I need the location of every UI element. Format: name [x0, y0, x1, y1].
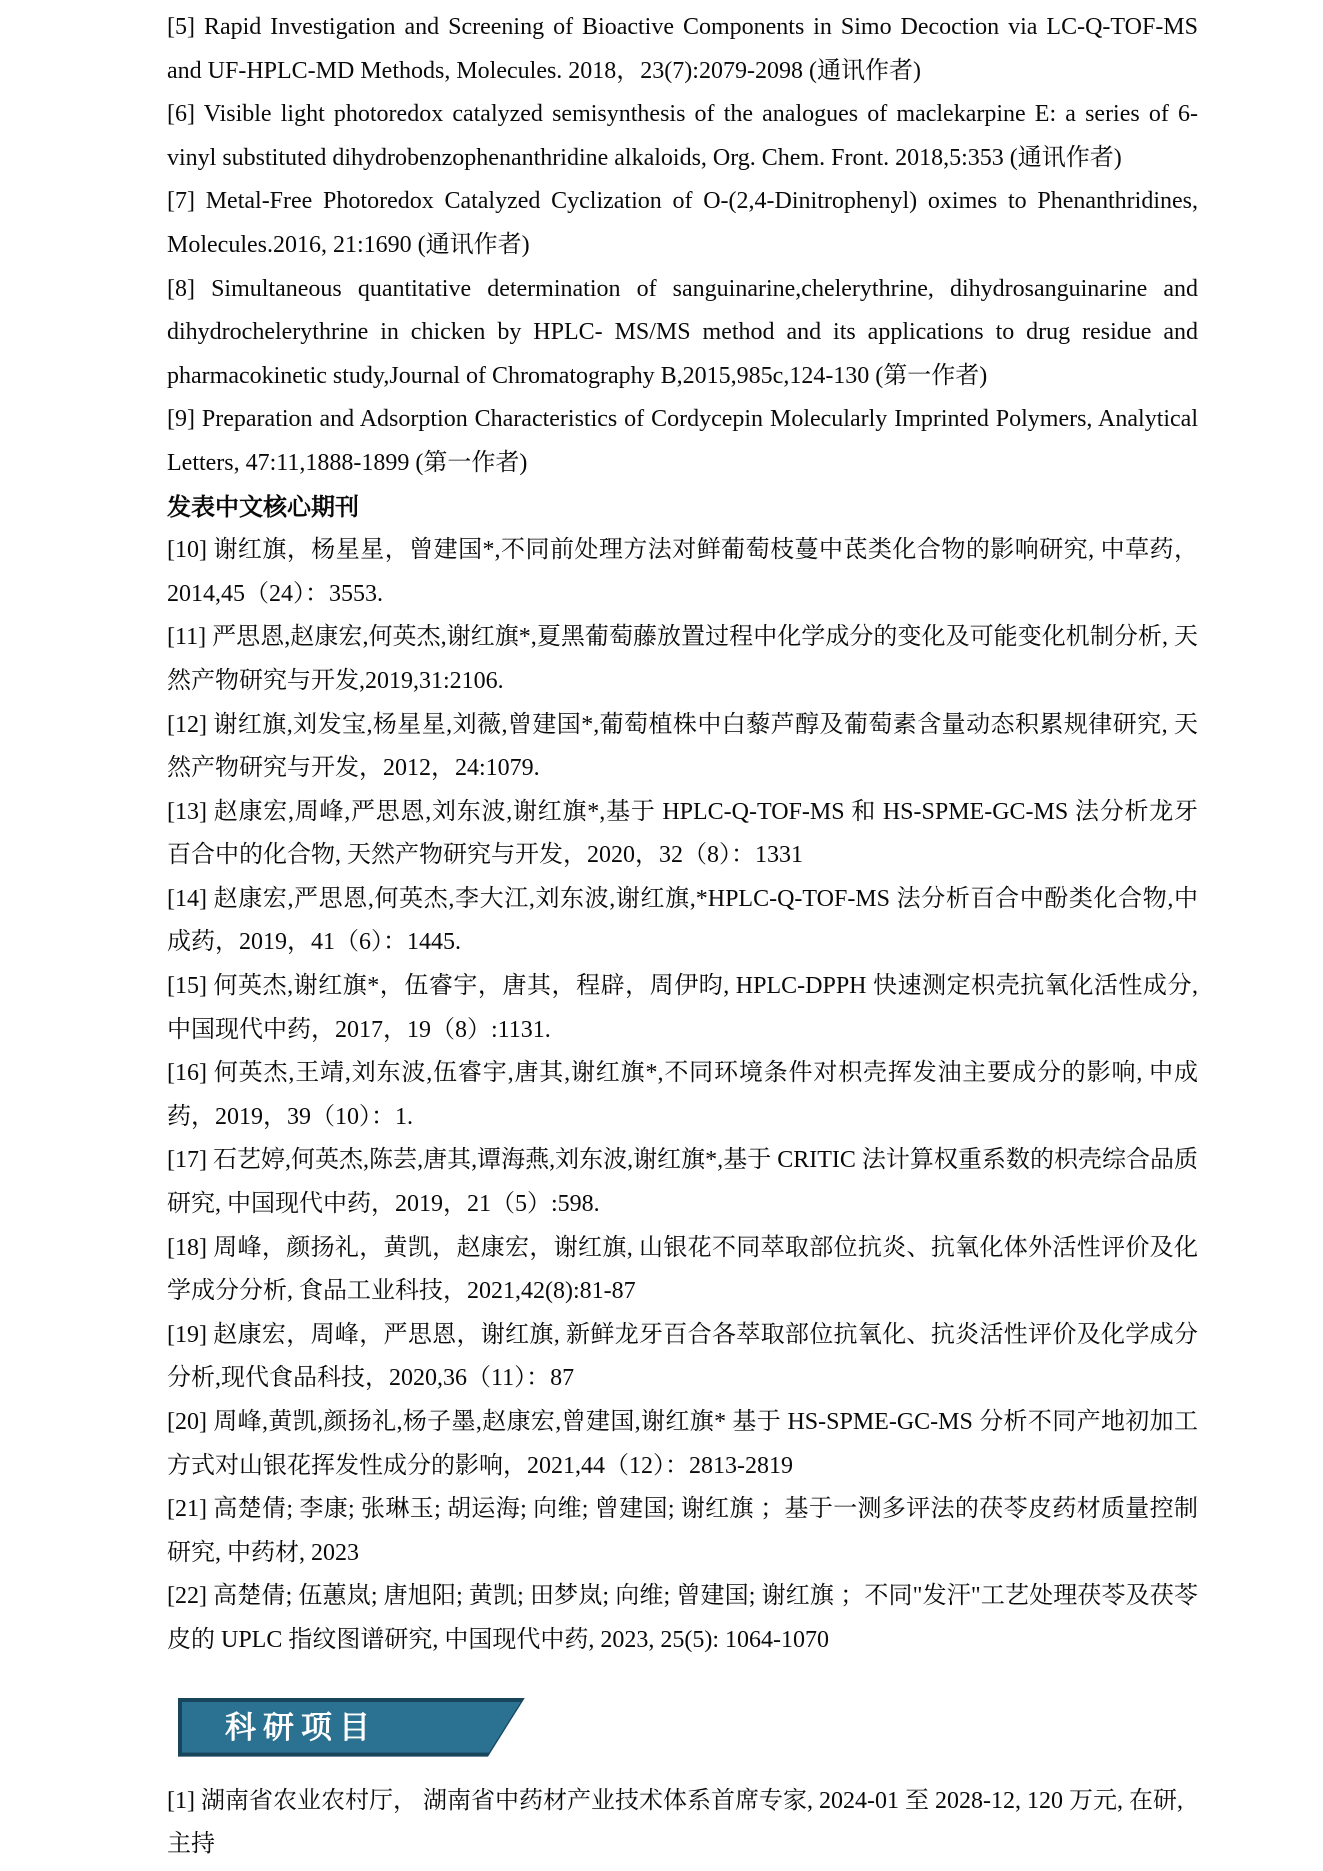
section-heading-core-journals: 发表中文核心期刊 [167, 486, 1198, 530]
document-page: [5] Rapid Investigation and Screening of… [0, 0, 1323, 1871]
reference-20: [20] 周峰,黄凯,颜扬礼,杨子墨,赵康宏,曾建国,谢红旗* 基于 HS-SP… [167, 1401, 1198, 1488]
reference-12: [12] 谢红旗,刘发宝,杨星星,刘薇,曾建国*,葡萄植株中白藜芦醇及葡萄素含量… [167, 704, 1198, 791]
reference-5: [5] Rapid Investigation and Screening of… [167, 6, 1198, 93]
reference-6: [6] Visible light photoredox catalyzed s… [167, 93, 1198, 180]
reference-17: [17] 石艺婷,何英杰,陈芸,唐其,谭海燕,刘东波,谢红旗*,基于 CRITI… [167, 1139, 1198, 1226]
reference-7: [7] Metal-Free Photoredox Catalyzed Cycl… [167, 180, 1198, 267]
reference-8: [8] Simultaneous quantitative determinat… [167, 268, 1198, 399]
project-item-1: [1] 湖南省农业农村厅， 湖南省中药材产业技术体系首席专家, 2024-01 … [167, 1780, 1198, 1867]
reference-14: [14] 赵康宏,严思恩,何英杰,李大江,刘东波,谢红旗,*HPLC-Q-TOF… [167, 878, 1198, 965]
research-projects-banner: 科研项目 [178, 1698, 525, 1757]
banner-label: 科研项目 [225, 1699, 377, 1756]
reference-22: [22] 高楚倩; 伍蕙岚; 唐旭阳; 黄凯; 田梦岚; 向维; 曾建国; 谢红… [167, 1575, 1198, 1662]
reference-18: [18] 周峰，颜扬礼，黄凯，赵康宏，谢红旗, 山银花不同萃取部位抗炎、抗氧化体… [167, 1227, 1198, 1314]
document-body: [5] Rapid Investigation and Screening of… [167, 6, 1198, 1867]
reference-19: [19] 赵康宏，周峰，严思恩，谢红旗, 新鲜龙牙百合各萃取部位抗氧化、抗炎活性… [167, 1314, 1198, 1401]
reference-21: [21] 高楚倩; 李康; 张琳玉; 胡运海; 向维; 曾建国; 谢红旗 ；基于… [167, 1488, 1198, 1575]
reference-10: [10] 谢红旗，杨星星，曾建国*,不同前处理方法对鲜葡萄枝蔓中茋类化合物的影响… [167, 529, 1198, 616]
reference-9: [9] Preparation and Adsorption Character… [167, 398, 1198, 485]
reference-13: [13] 赵康宏,周峰,严思恩,刘东波,谢红旗*,基于 HPLC-Q-TOF-M… [167, 791, 1198, 878]
reference-11: [11] 严思恩,赵康宏,何英杰,谢红旗*,夏黑葡萄藤放置过程中化学成分的变化及… [167, 616, 1198, 703]
reference-16: [16] 何英杰,王靖,刘东波,伍睿宇,唐其,谢红旗*,不同环境条件对枳壳挥发油… [167, 1052, 1198, 1139]
reference-15: [15] 何英杰,谢红旗*，伍睿宇，唐其，程辟，周伊昀, HPLC-DPPH 快… [167, 965, 1198, 1052]
